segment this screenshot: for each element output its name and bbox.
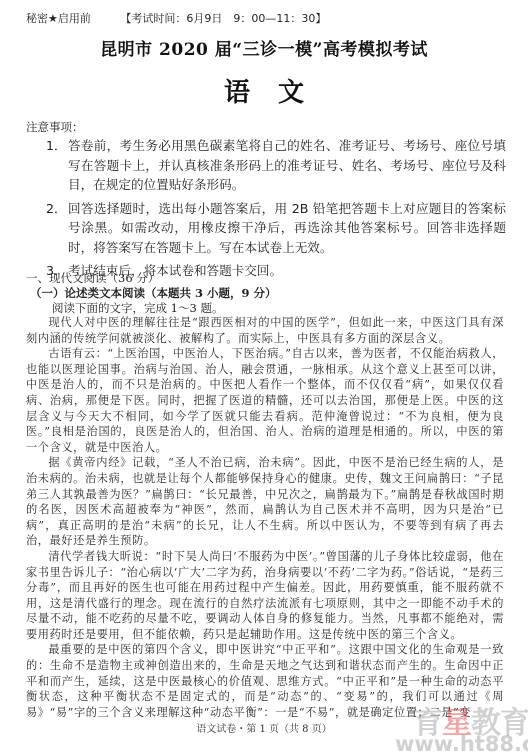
notice-item: 1． 答卷前，考生务必用黑色碳素笔将自己的姓名、准考证号、考场号、座位号填写在答…	[46, 136, 506, 195]
reading-passage: 现代人对中医的理解往往是“跟西医相对的中国的医学”，但如此一来，中医这门具有深刻…	[26, 315, 504, 720]
notice-text: 答卷前，考生务必用黑色碳素笔将自己的姓名、准考证号、考场号、座位号填写在答题卡上…	[68, 136, 506, 195]
subject-title: 语文	[0, 72, 528, 109]
section-heading: 一、现代文阅读（36 分）	[26, 270, 159, 286]
passage-paragraph: 最重要的是中医的第四个含义，即中医讲究“中正平和”。这跟中国文化的生命观是一致的…	[26, 642, 504, 720]
passage-paragraph: 清代学者钱大昕说：“时下吴人尚曰‘不服药为中医’。”曾国藩的儿子身体比较虚弱，他…	[26, 549, 504, 643]
subsection-heading: （一）论述类文本阅读（本题共 3 小题，9 分）	[30, 285, 277, 301]
notice-title: 注意事项：	[26, 119, 84, 135]
passage-paragraph: 据《黄帝内经》记载，“圣人不治已病，治未病”。因此，中医不是治已经生病的人，是治…	[26, 455, 504, 549]
passage-paragraph: 现代人对中医的理解往往是“跟西医相对的中国的医学”，但如此一来，中医这门具有深刻…	[26, 315, 504, 346]
reading-instruction: 阅读下面的文字，完成 1～3 题。	[52, 300, 223, 316]
confidential-label: 秘密★启用前	[26, 12, 91, 25]
notice-item: 2． 回答选择题时，选出每小题答案后，用 2B 铅笔把答题卡上对应题目的答案标号…	[46, 199, 506, 258]
watermark-url: www.ht88.com	[395, 732, 528, 754]
passage-paragraph: 古语有云：“上医治国，中医治人，下医治病。”自古以来，善为医者，不仅能治病救人，…	[26, 346, 504, 455]
notice-text: 回答选择题时，选出每小题答案后，用 2B 铅笔把答题卡上对应题目的答案标号涂黑。…	[68, 199, 506, 258]
exam-title: 昆明市 2020 届“三诊一模”高考模拟考试	[0, 35, 528, 60]
exam-page: 秘密★启用前 【考试时间：6月9日 9：00—11：30】 昆明市 2020 届…	[0, 0, 528, 754]
exam-time: 【考试时间：6月9日 9：00—11：30】	[120, 12, 326, 25]
header-line: 秘密★启用前 【考试时间：6月9日 9：00—11：30】	[26, 10, 326, 26]
notice-list: 1． 答卷前，考生务必用黑色碳素笔将自己的姓名、准考证号、考场号、座位号填写在答…	[46, 136, 506, 285]
notice-number: 2．	[46, 199, 68, 258]
page-footer: 语文试卷・第 1 页（共 8 页）	[0, 720, 528, 735]
notice-number: 1．	[46, 136, 68, 195]
